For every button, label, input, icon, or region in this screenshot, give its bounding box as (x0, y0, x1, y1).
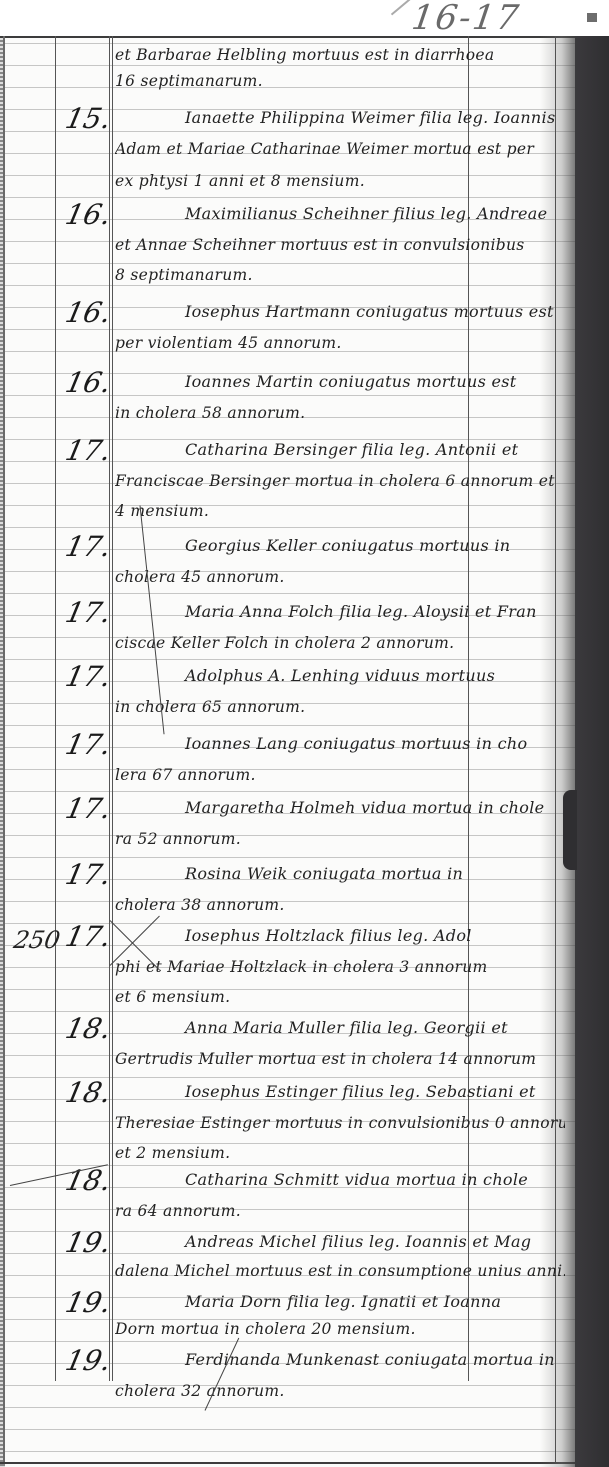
entry-day: 16. (62, 366, 109, 399)
entry-line: cholera 32 annorum. (115, 1382, 565, 1400)
entry-line: Ioannes Lang coniugatus mortuus in cho (115, 734, 565, 753)
entry-line: cholera 38 annorum. (115, 896, 565, 914)
entry-day: 17. (62, 920, 109, 953)
entry-line: phi et Mariae Holtzlack in cholera 3 ann… (115, 958, 565, 976)
entry-line: Ioannes Martin coniugatus mortuus est (115, 372, 565, 391)
entry-line: lera 67 annorum. (115, 766, 565, 784)
entry-line: Franciscae Bersinger mortua in cholera 6… (115, 472, 565, 490)
entry-line: Catharina Schmitt vidua mortua in chole (115, 1170, 565, 1189)
entry-day: 19. (62, 1226, 109, 1259)
entry-day: 17. (62, 660, 109, 693)
margin-annotation: 250 (12, 926, 57, 954)
entry-line: 16 septimanarum. (115, 72, 565, 90)
bottom-rule (0, 1462, 575, 1464)
entry-day: 17. (62, 596, 109, 629)
entry-day: 18. (62, 1076, 109, 1109)
entry-line: 4 mensium. (115, 502, 565, 520)
entry-line: Gertrudis Muller mortua est in cholera 1… (115, 1050, 565, 1068)
entry-line: in cholera 65 annorum. (115, 698, 565, 716)
entry-line: ex phtysi 1 anni et 8 mensium. (115, 172, 565, 190)
entry-line: per violentiam 45 annorum. (115, 334, 565, 352)
entry-line: Catharina Bersinger filia leg. Antonii e… (115, 440, 565, 459)
entry-line: Maria Anna Folch filia leg. Aloysii et F… (115, 602, 565, 621)
entry-line: Theresiae Estinger mortuus in convulsion… (115, 1114, 565, 1132)
entry-day: 16. (62, 198, 109, 231)
entry-day: 17. (62, 858, 109, 891)
entry-line: cholera 45 annorum. (115, 568, 565, 586)
entry-line: Iosephus Holtzlack filius leg. Adol (115, 926, 565, 945)
entry-line: Iosephus Hartmann coniugatus mortuus est (115, 302, 565, 321)
entry-line: dalena Michel mortuus est in consumption… (115, 1262, 565, 1280)
entry-line: et Annae Scheihner mortuus est in convul… (115, 236, 565, 254)
entry-line: Rosina Weik coniugata mortua in (115, 864, 565, 883)
entry-line: Anna Maria Muller filia leg. Georgii et (115, 1018, 565, 1037)
page-header-number: 16-17 (409, 0, 523, 38)
entry-day: 17. (62, 530, 109, 563)
entry-day: 19. (62, 1286, 109, 1319)
entry-line: ciscae Keller Folch in cholera 2 annorum… (115, 634, 565, 652)
entry-day: 18. (62, 1012, 109, 1045)
entry-line: Georgius Keller coniugatus mortuus in (115, 536, 565, 555)
entry-day: 19. (62, 1344, 109, 1377)
entry-line: et 6 mensium. (115, 988, 565, 1006)
entry-line: et Barbarae Helbling mortuus est in diar… (115, 46, 565, 64)
top-rule (0, 36, 575, 38)
entry-line: Adolphus A. Lenhing viduus mortuus (115, 666, 565, 685)
entry-line: Ianaette Philippina Weimer filia leg. Io… (115, 108, 565, 127)
entry-line: et 2 mensium. (115, 1144, 565, 1162)
entry-line: in cholera 58 annorum. (115, 404, 565, 422)
entry-line: Ferdinanda Munkenast coniugata mortua in (115, 1350, 565, 1369)
entry-line: ra 52 annorum. (115, 830, 565, 848)
entry-line: Iosephus Estinger filius leg. Sebastiani… (115, 1082, 565, 1101)
entry-line: Andreas Michel filius leg. Ioannis et Ma… (115, 1232, 565, 1251)
column-rule (3, 36, 5, 1464)
entry-day: 16. (62, 296, 109, 329)
column-rule (55, 36, 56, 1381)
entry-line: ra 64 annorum. (115, 1202, 565, 1220)
entry-day: 17. (62, 434, 109, 467)
book-binding (575, 36, 609, 1467)
entry-day: 17. (62, 728, 109, 761)
entry-line: Adam et Mariae Catharinae Weimer mortua … (115, 140, 565, 158)
binding-bulge (563, 790, 577, 870)
entry-line: Maria Dorn filia leg. Ignatii et Ioanna (115, 1292, 565, 1311)
column-rule (112, 36, 113, 1381)
register-page: 16-17 et Barbarae Helbling mortuus est i… (0, 0, 609, 1467)
entry-line: 8 septimanarum. (115, 266, 565, 284)
entry-day: 17. (62, 792, 109, 825)
scan-corner-mark (587, 13, 597, 22)
entry-line: Margaretha Holmeh vidua mortua in chole (115, 798, 565, 817)
entry-day: 15. (62, 102, 109, 135)
entry-line: Maximilianus Scheihner filius leg. Andre… (115, 204, 565, 223)
entry-line: Dorn mortua in cholera 20 mensium. (115, 1320, 565, 1338)
